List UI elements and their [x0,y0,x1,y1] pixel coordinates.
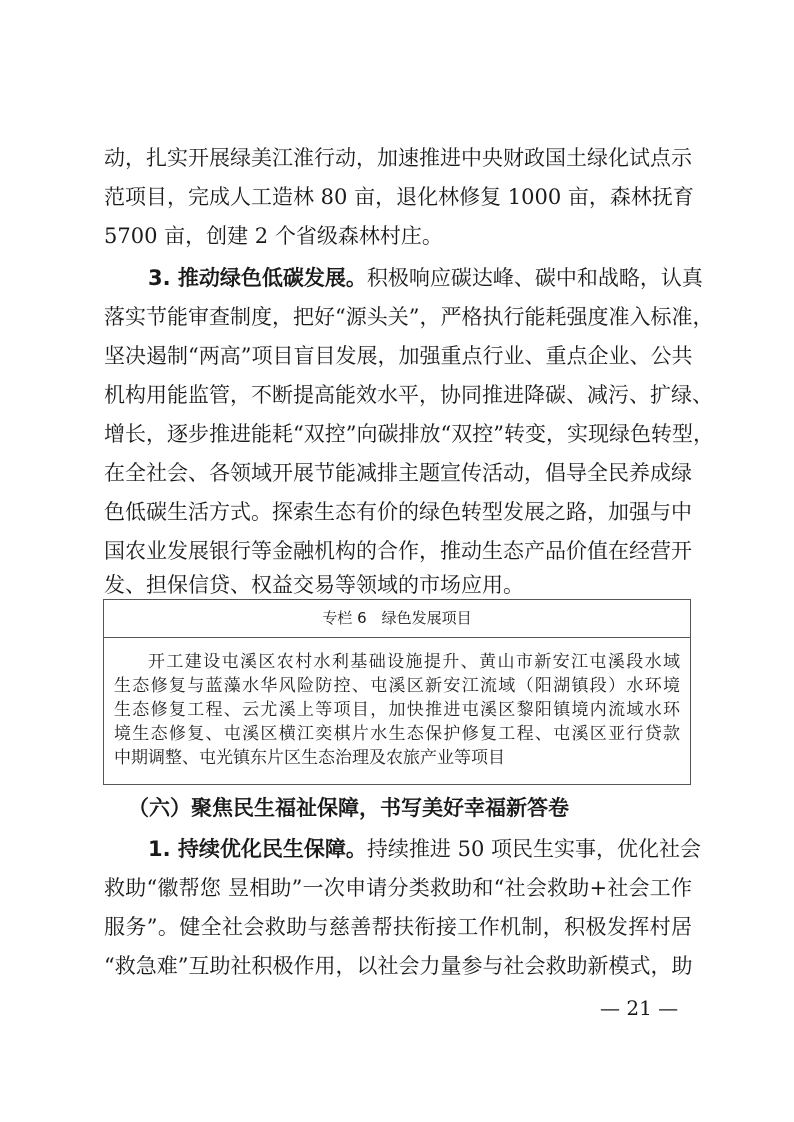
subsection-1-text: 持续推进 50 项民生实事，优化社会 [367,837,701,861]
page-number: — 21 — [600,995,678,1021]
document-page: 动，扎实开展绿美江淮行动，加速推进中央财政国土绿化试点示 范项目，完成人工造林 … [0,0,794,1122]
paragraph-line: 在全社会、各领域开展节能减排主题宣传活动，倡导全民养成绿 [104,458,692,488]
paragraph-line: 发、担保信贷、权益交易等领域的市场应用。 [104,570,692,600]
column-box-line: 开工建设屯溪区农村水利基础设施提升、黄山市新安江屯溪段水域 [114,650,680,674]
paragraph-line: 落实节能审查制度，把好“源头关”，严格执行能耗强度准入标准， [104,302,692,332]
paragraph-line: 增长，逐步推进能耗“双控”向碳排放“双控”转变，实现绿色转型， [104,419,692,449]
paragraph-line: 色低碳生活方式。探索生态有价的绿色转型发展之路，加强与中 [104,497,692,527]
paragraph-line: 动，扎实开展绿美江淮行动，加速推进中央财政国土绿化试点示 [104,143,692,173]
paragraph-line: 救助“徽帮您 昱相助”一次申请分类救助和“社会救助+社会工作 [104,873,692,903]
paragraph-line: 5700 亩，创建 2 个省级森林村庄。 [104,221,692,251]
section-3-title: 3. 推动绿色低碳发展。 [148,266,367,290]
paragraph-line: 服务”。健全社会救助与慈善帮扶衔接工作机制，积极发挥村居 [104,912,692,942]
column-box-line: 境生态修复、屯溪区横江奕棋片水生态保护修复工程、屯溪区亚行贷款 [114,722,680,746]
paragraph-line: 机构用能监管，不断提高能效水平，协同推进降碳、减污、扩绿、 [104,380,692,410]
paragraph-line: 坚决遏制“两高”项目盲目发展，加强重点行业、重点企业、公共 [104,341,692,371]
column-box-line: 生态修复与蓝藻水华风险防控、屯溪区新安江流域（阳湖镇段）水环境 [114,674,680,698]
column-box-line: 中期调整、屯光镇东片区生态治理及农旅产业等项目 [114,746,680,770]
column-box-green-development: 专栏 6 绿色发展项目 开工建设屯溪区农村水利基础设施提升、黄山市新安江屯溪段水… [103,599,691,785]
subsection-1-title: 1. 持续优化民生保障。 [148,837,367,861]
paragraph-line: 范项目，完成人工造林 80 亩，退化林修复 1000 亩，森林抚育 [104,182,692,212]
section-6-heading: （六）聚焦民生福祉保障，书写美好幸福新答卷 [104,793,692,823]
section-3-text: 积极响应碳达峰、碳中和战略，认真 [367,266,703,290]
paragraph-line: 国农业发展银行等金融机构的合作，推动生态产品价值在经营开 [104,536,692,566]
column-box-title: 专栏 6 绿色发展项目 [104,600,690,638]
subsection-1-first-line: 1. 持续优化民生保障。持续推进 50 项民生实事，优化社会 [104,834,692,864]
column-box-line: 生态修复工程、云尤溪上等项目，加快推进屯溪区黎阳镇境内流域水环 [114,698,680,722]
section-3-first-line: 3. 推动绿色低碳发展。积极响应碳达峰、碳中和战略，认真 [104,263,692,293]
paragraph-line: “救急难”互助社积极作用，以社会力量参与社会救助新模式，助 [104,951,692,981]
